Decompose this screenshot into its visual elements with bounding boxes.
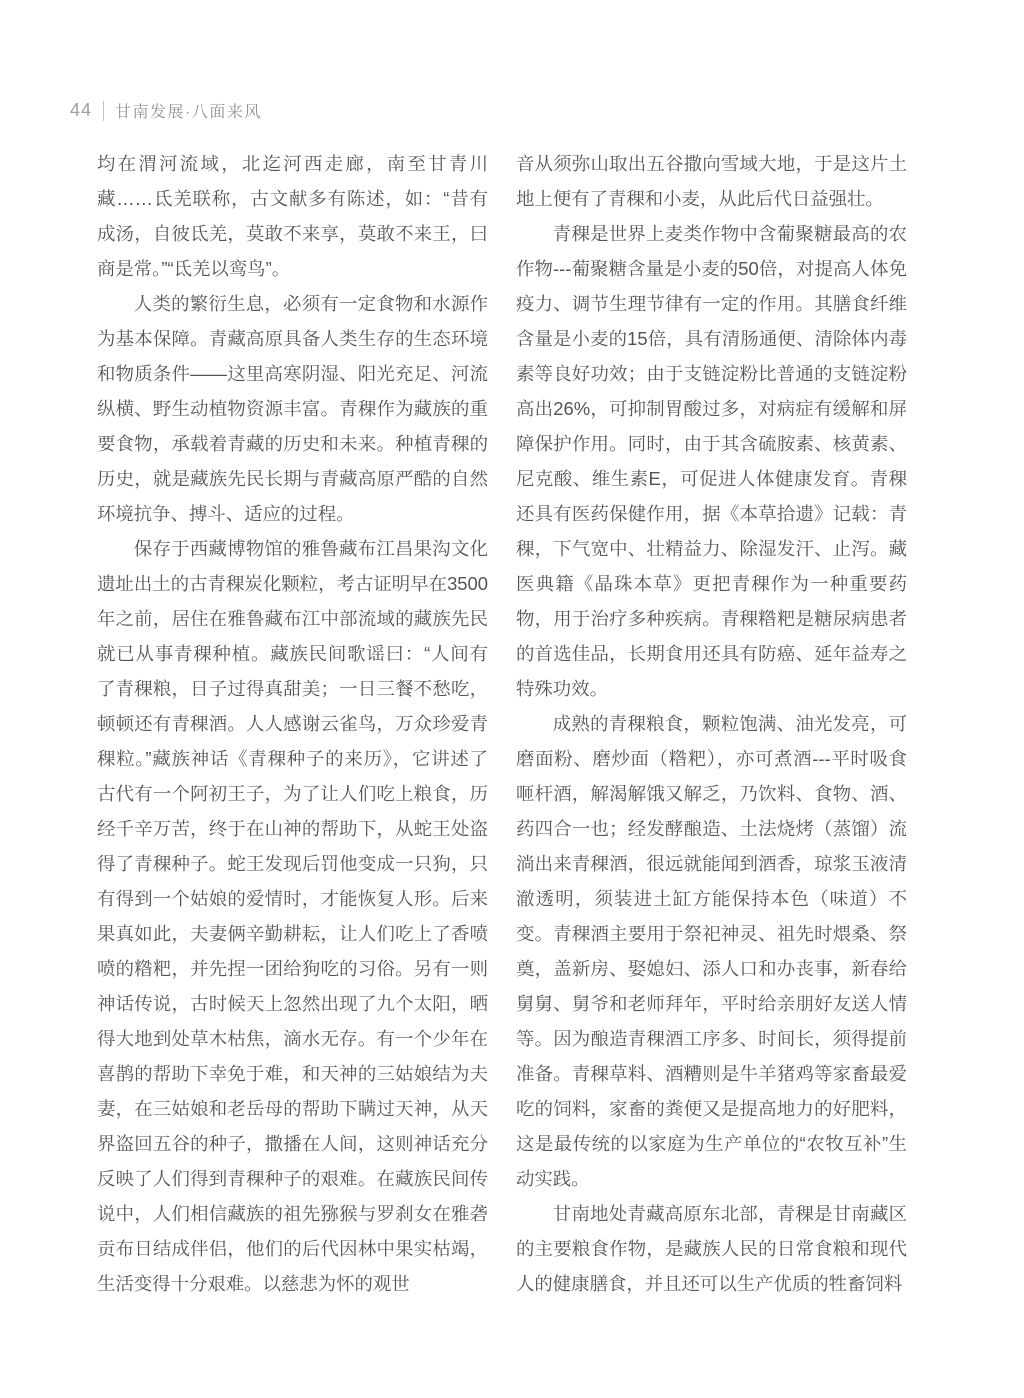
paragraph: 青稞是世界上麦类作物中含葡聚糖最高的农作物---葡聚糖含量是小麦的50倍，对提高… [516, 216, 907, 706]
header-title: 甘南发展·八面来风 [115, 99, 262, 122]
paragraph: 人类的繁衍生息，必须有一定食物和水源作为基本保障。青藏高原具备人类生存的生态环境… [97, 286, 488, 531]
page-header: 44 甘南发展·八面来风 [70, 99, 262, 122]
paragraph: 甘南地处青藏高原东北部，青稞是甘南藏区的主要粮食作物，是藏族人民的日常食粮和现代… [516, 1196, 907, 1301]
paragraph: 成熟的青稞粮食，颗粒饱满、油光发亮，可磨面粉、磨炒面（糌粑），亦可煮酒---平时… [516, 706, 907, 1196]
text-columns: 均在渭河流域，北迄河西走廊，南至甘青川藏……氐羌联称，古文献多有陈述，如：“昔有… [97, 146, 907, 1301]
paragraph: 音从须弥山取出五谷撒向雪域大地，于是这片土地上便有了青稞和小麦，从此后代日益强壮… [516, 146, 907, 216]
left-column: 均在渭河流域，北迄河西走廊，南至甘青川藏……氐羌联称，古文献多有陈述，如：“昔有… [97, 146, 488, 1301]
right-column: 音从须弥山取出五谷撒向雪域大地，于是这片土地上便有了青稞和小麦，从此后代日益强壮… [516, 146, 907, 1301]
paragraph: 保存于西藏博物馆的雅鲁藏布江昌果沟文化遗址出土的古青稞炭化颗粒，考古证明早在35… [97, 531, 488, 1301]
page-number: 44 [70, 100, 92, 121]
header-divider [103, 101, 104, 121]
paragraph: 均在渭河流域，北迄河西走廊，南至甘青川藏……氐羌联称，古文献多有陈述，如：“昔有… [97, 146, 488, 286]
